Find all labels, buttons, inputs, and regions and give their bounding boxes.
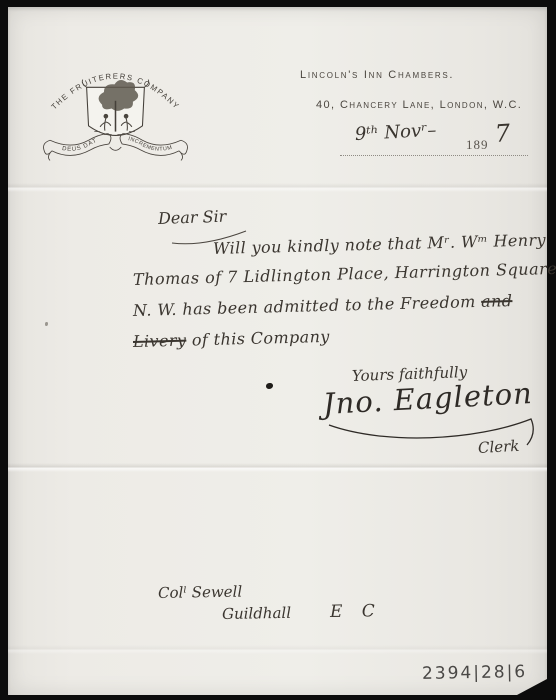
crest-ribbon-knot-icon — [110, 147, 122, 150]
addressee-location: Guildhall — [222, 604, 291, 623]
body-line-2: Thomas of 7 Lidlington Place, Harrington… — [133, 259, 556, 289]
fruiterers-crest-icon: THE FRUITERERS COMPANY — [38, 43, 193, 173]
ink-blot — [266, 383, 273, 389]
paper-crease-middle — [8, 463, 547, 472]
body-line-1: Will you kindly note that Mʳ. Wᵐ Henry — [213, 230, 546, 258]
addressee-name: Colˡ Sewell — [158, 583, 242, 602]
photo-frame: THE FRUITERERS COMPANY — [0, 0, 556, 700]
crest-motto-left: DEUS DAT — [62, 138, 99, 153]
body-line-3: N. W. has been admitted to the Freedom a… — [133, 291, 513, 320]
paper-speck — [45, 322, 48, 326]
letterhead-address-line1: Lincoln's Inn Chambers. — [300, 69, 454, 81]
body-line-4-text: of this Company — [186, 327, 330, 350]
signature-role: Clerk — [478, 437, 520, 457]
paper-corner-cut — [517, 679, 547, 695]
letter-paper: THE FRUITERERS COMPANY — [8, 7, 547, 695]
catalog-number: 2394|28|6 — [422, 662, 528, 684]
struck-word-livery: Livery — [133, 331, 187, 351]
addressee-district: E C — [330, 601, 382, 622]
paper-crease-bottom — [8, 645, 547, 654]
body-line-4: Livery of this Company — [133, 327, 330, 351]
paper-crease-top — [8, 183, 547, 192]
salutation: Dear Sir — [158, 207, 227, 228]
date-underline — [340, 137, 528, 156]
body-line-3-text: N. W. has been admitted to the Freedom — [133, 292, 482, 320]
struck-word-and: and — [481, 291, 513, 311]
svg-text:DEUS DAT: DEUS DAT — [62, 138, 99, 153]
letterhead-address-line2: 40, Chancery Lane, London, W.C. — [316, 99, 522, 111]
